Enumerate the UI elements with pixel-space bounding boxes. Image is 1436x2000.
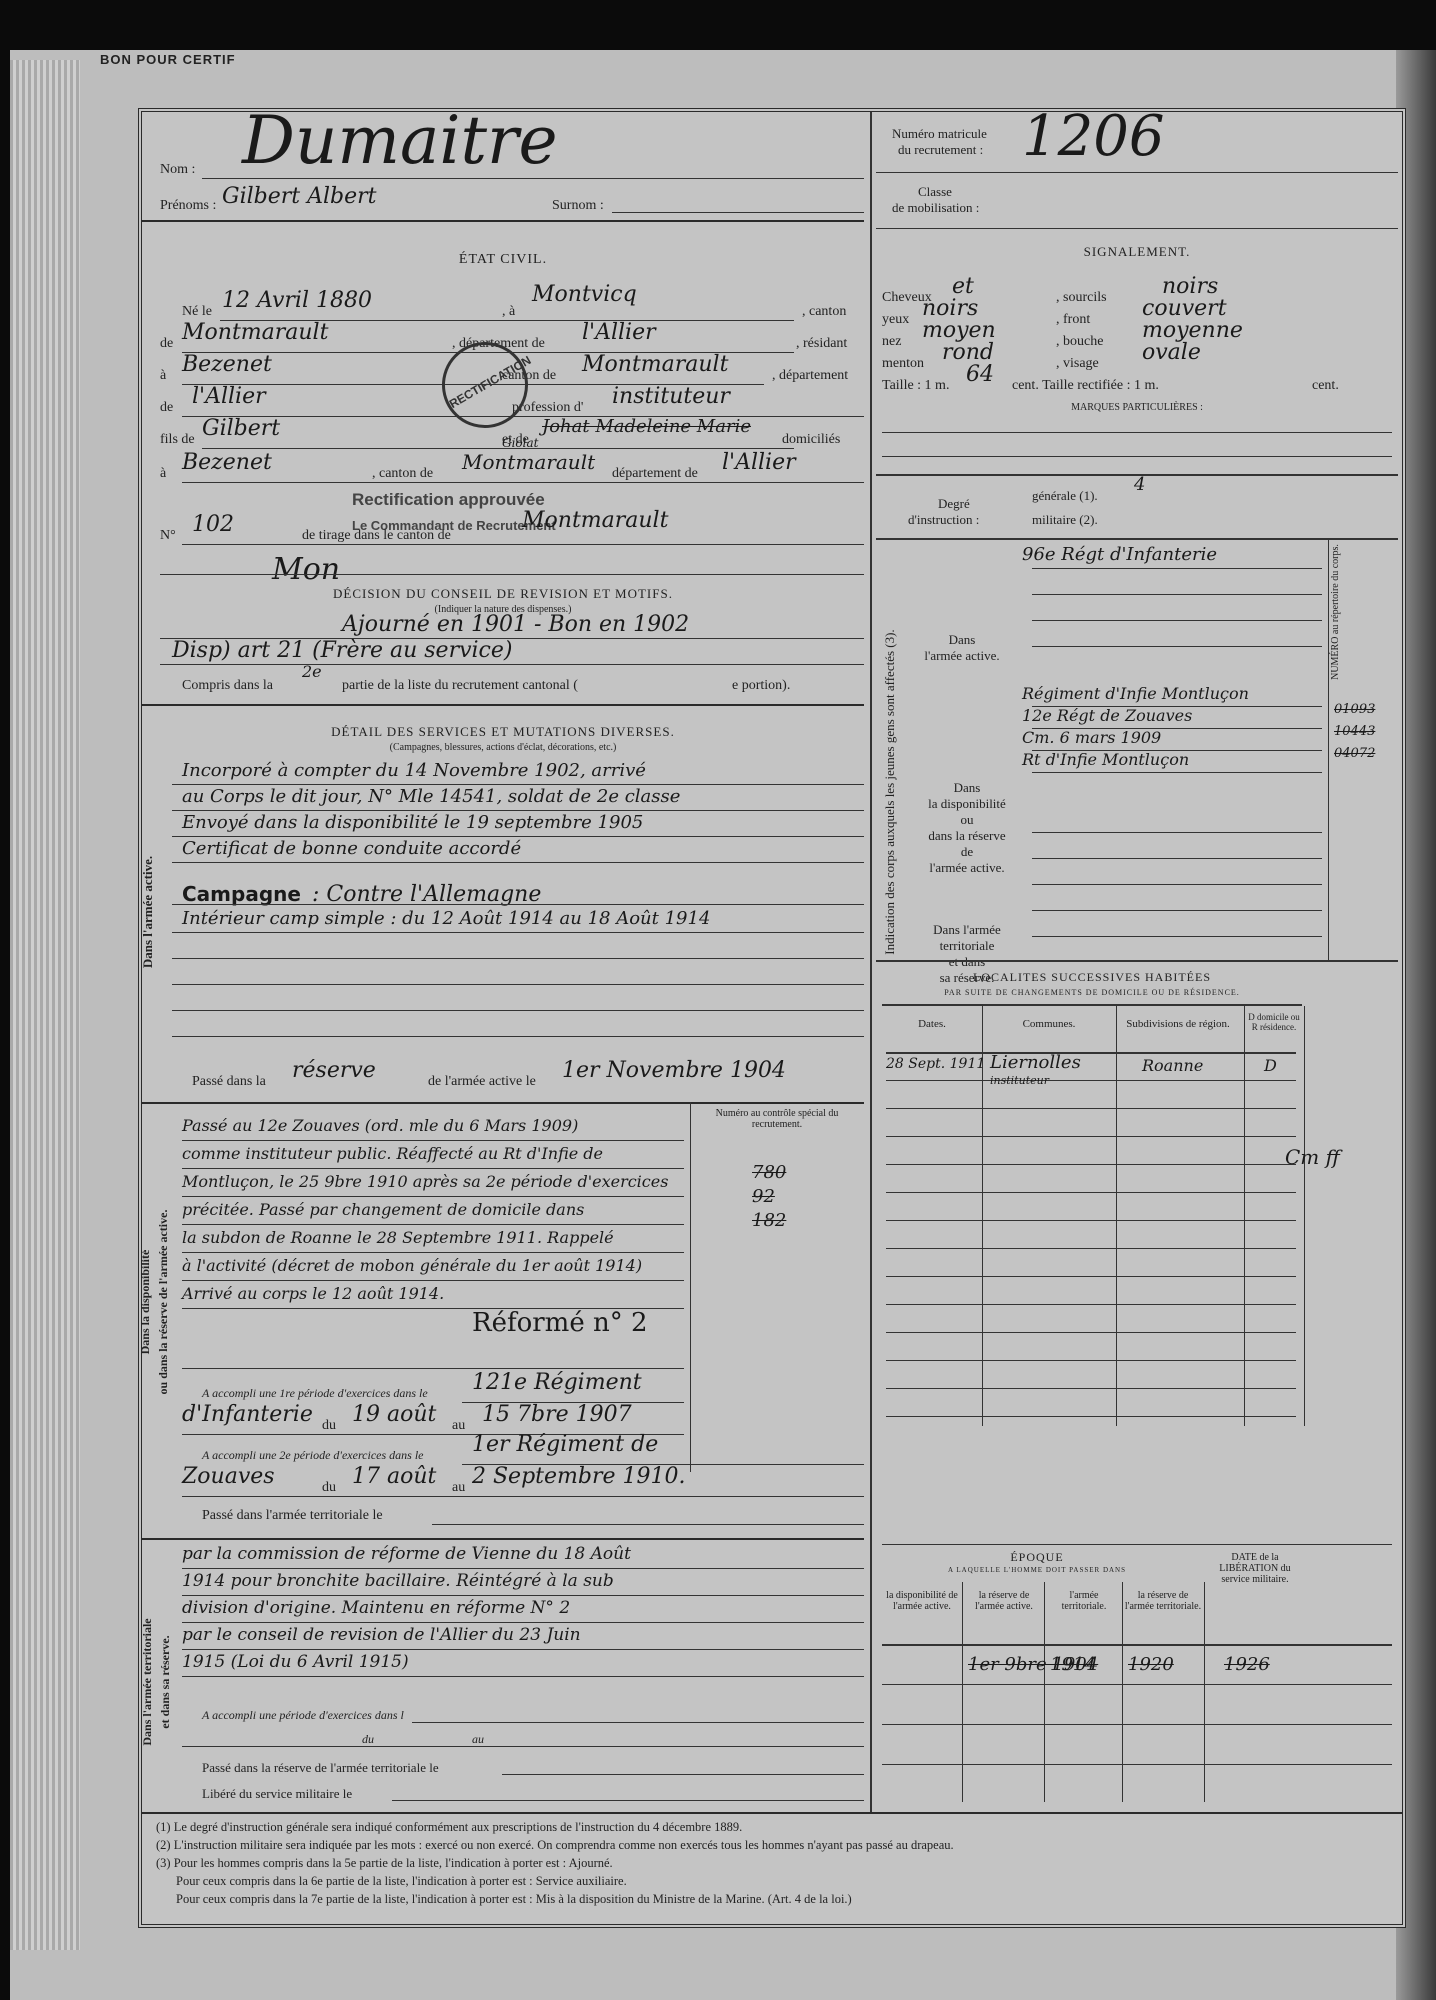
rectification-stamp: Rectification approuvée bbox=[352, 490, 545, 510]
rule bbox=[886, 1192, 1296, 1193]
repertoire-number: 10443 bbox=[1334, 724, 1375, 739]
rule bbox=[182, 1252, 684, 1253]
compris-suffix: partie de la liste du recrutement canton… bbox=[342, 678, 578, 694]
dispo-corps: Cm. 6 mars 1909 bbox=[1022, 728, 1161, 747]
parents-departement: l'Allier bbox=[722, 450, 796, 475]
rule bbox=[886, 1220, 1296, 1221]
officer-signature: Mon bbox=[272, 552, 340, 587]
rule bbox=[182, 1649, 864, 1650]
classe-label-2: de mobilisation : bbox=[892, 200, 979, 216]
rule bbox=[1032, 858, 1322, 859]
rule bbox=[1032, 884, 1322, 885]
column-divider bbox=[1116, 1006, 1117, 1426]
rule bbox=[882, 1644, 1392, 1646]
matricule-label-2: du recrutement : bbox=[898, 142, 983, 158]
conseil-decision-2: Disp) art 21 (Frère au service) bbox=[172, 638, 512, 663]
rule bbox=[1032, 620, 1322, 621]
taille-rect-label: cent. Taille rectifiée : 1 m. bbox=[1012, 378, 1159, 394]
territoriale-side-label-2: et dans sa réserve. bbox=[158, 1552, 173, 1812]
controle-header: Numéro au contrôle spécial du recrutemen… bbox=[692, 1108, 862, 1130]
periode1-corps2: d'Infanterie bbox=[182, 1402, 313, 1427]
rule bbox=[1032, 936, 1322, 937]
rule bbox=[886, 1248, 1296, 1249]
affectation-side-label: Indication des corps auxquels les jeunes… bbox=[882, 542, 898, 1042]
column-divider bbox=[1122, 1582, 1123, 1802]
profession: instituteur bbox=[612, 384, 730, 409]
rule bbox=[172, 810, 864, 811]
dispo-line: la subdon de Roanne le 28 Septembre 1911… bbox=[182, 1228, 614, 1247]
sourcils-label: , sourcils bbox=[1056, 290, 1107, 306]
bouche-label: , bouche bbox=[1056, 334, 1103, 350]
marques-label: MARQUES PARTICULIÈRES : bbox=[872, 402, 1402, 413]
territoriale-line: par la commission de réforme de Vienne d… bbox=[182, 1544, 631, 1564]
passe-reserve-label: Passé dans la bbox=[192, 1074, 266, 1090]
etat-civil-title: ÉTAT CIVIL. bbox=[142, 252, 864, 268]
rule bbox=[886, 1304, 1296, 1305]
localites-column-header: D domicile ou R résidence. bbox=[1246, 1012, 1302, 1032]
dispo-line: comme instituteur public. Réaffecté au R… bbox=[182, 1144, 603, 1163]
repertoire-number: 04072 bbox=[1334, 746, 1375, 761]
periode2-au-label: au bbox=[452, 1480, 465, 1496]
terr-au-label: au bbox=[472, 1732, 484, 1747]
matricule-form: Dumaitre Nom : Prénoms : Gilbert Albert … bbox=[138, 108, 1406, 1928]
rule bbox=[886, 1416, 1296, 1417]
footnote: (3) Pour les hommes compris dans la 5e p… bbox=[156, 1856, 613, 1871]
a3-label: à bbox=[160, 466, 166, 482]
localites-title: LOCALITES SUCCESSIVES HABITÉES bbox=[872, 970, 1312, 985]
epoque-column-header: la réserve de l'armée territoriale. bbox=[1124, 1590, 1202, 1612]
controle-number: 780 bbox=[752, 1162, 786, 1183]
column-divider bbox=[1304, 1006, 1305, 1426]
localite-subdivision: Roanne bbox=[1142, 1056, 1203, 1075]
campagne-label: Campagne bbox=[182, 882, 301, 906]
fils-de-label: fils de bbox=[160, 432, 195, 448]
yeux-label: yeux bbox=[882, 312, 909, 328]
terr-periode-label: A accompli une période d'exercices dans … bbox=[202, 1708, 404, 1723]
cent-label: cent. bbox=[1312, 378, 1339, 394]
de-label: de bbox=[160, 336, 173, 352]
footnote: (1) Le degré d'instruction générale sera… bbox=[156, 1820, 742, 1835]
domicilies-label: domiciliés bbox=[782, 432, 840, 448]
column-divider bbox=[1044, 1582, 1045, 1802]
rule bbox=[172, 836, 864, 837]
dispo-line: Arrivé au corps le 12 août 1914. bbox=[182, 1284, 444, 1303]
localites-column-header: Communes. bbox=[984, 1018, 1114, 1030]
instruction-label-1: Degré bbox=[938, 496, 970, 512]
taille-label: Taille : 1 m. bbox=[882, 378, 949, 394]
periode1-au-label: au bbox=[452, 1418, 465, 1434]
rule bbox=[886, 1332, 1296, 1333]
libere-label: Libéré du service militaire le bbox=[202, 1786, 352, 1802]
terr-reserve-label: Passé dans la réserve de l'armée territo… bbox=[202, 1760, 439, 1776]
a-label: , à bbox=[502, 304, 515, 320]
service-line: Certificat de bonne conduite accordé bbox=[182, 838, 521, 859]
rule bbox=[182, 1676, 864, 1677]
tirage-canton: Montmarault bbox=[522, 508, 668, 533]
header-strip: BON POUR CERTIF bbox=[100, 52, 236, 67]
periode2-corps2: Zouaves bbox=[182, 1464, 275, 1489]
rule bbox=[882, 1764, 1392, 1765]
residence: Bezenet bbox=[182, 352, 272, 377]
instruction-generale-value: 4 bbox=[1134, 474, 1145, 495]
instruction-militaire-label: militaire (2). bbox=[1032, 512, 1098, 528]
mother-name: Johat Madeleine Marie bbox=[542, 416, 751, 437]
front-label: , front bbox=[1056, 312, 1090, 328]
terr-du-label: du bbox=[362, 1732, 374, 1747]
rule bbox=[882, 1724, 1392, 1725]
territoriale-line: division d'origine. Maintenu en réforme … bbox=[182, 1598, 570, 1618]
territoriale-side-label-1: Dans l'armée territoriale bbox=[140, 1552, 155, 1812]
canton3-label: , canton de bbox=[372, 466, 433, 482]
footnote: (2) L'instruction militaire sera indiqué… bbox=[156, 1838, 954, 1853]
page-stack-edge bbox=[10, 60, 80, 1950]
periode1-corps: 121e Régiment bbox=[472, 1370, 642, 1395]
rule bbox=[882, 1684, 1392, 1685]
periode2-au: 2 Septembre 1910. bbox=[472, 1464, 685, 1489]
a2-label: à bbox=[160, 368, 166, 384]
epoque-column-header: l'armée territoriale. bbox=[1046, 1590, 1122, 1612]
dispo-corps: Rt d'Infie Montluçon bbox=[1022, 750, 1189, 769]
dispo-corps: 12e Régt de Zouaves bbox=[1022, 706, 1192, 725]
rule bbox=[182, 1568, 864, 1569]
epoque-subtitle: A LAQUELLE L'HOMME DOIT PASSER DANS bbox=[872, 1566, 1202, 1574]
territoriale-line: par le conseil de revision de l'Allier d… bbox=[182, 1625, 581, 1645]
residence-departement: l'Allier bbox=[192, 384, 266, 409]
margin-note: Cm ff bbox=[1285, 1145, 1340, 1169]
active-corps: 96e Régt d'Infanterie bbox=[1022, 544, 1217, 565]
nom-value: Dumaitre bbox=[242, 102, 558, 179]
rule bbox=[182, 1595, 864, 1596]
matricule-label-1: Numéro matricule bbox=[892, 126, 987, 142]
periode2-du: 17 août bbox=[352, 1464, 436, 1489]
visage-value: ovale bbox=[1142, 340, 1201, 365]
liberation-date: 1926 bbox=[1224, 1654, 1270, 1675]
instruction-generale-label: générale (1). bbox=[1032, 488, 1098, 504]
disponibilite-side-label-2: ou dans la réserve de l'armée active. bbox=[156, 1132, 171, 1472]
de2-label: de bbox=[160, 400, 173, 416]
surnom-label: Surnom : bbox=[552, 198, 604, 214]
periode1-du-label: du bbox=[322, 1418, 336, 1434]
localite-commune-note: instituteur bbox=[990, 1074, 1049, 1087]
periode1-du: 19 août bbox=[352, 1402, 436, 1427]
controle-number: 182 bbox=[752, 1210, 786, 1231]
services-subtitle: (Campagnes, blessures, actions d'éclat, … bbox=[142, 742, 864, 753]
localite-type: D bbox=[1264, 1056, 1277, 1075]
epoque-value: 1920 bbox=[1128, 1654, 1174, 1675]
dispo-corps: Régiment d'Infie Montluçon bbox=[1022, 684, 1249, 703]
rule bbox=[172, 784, 864, 785]
parents-domicile: Bezenet bbox=[182, 450, 272, 475]
portion-suffix: e portion). bbox=[732, 678, 790, 694]
footnote: Pour ceux compris dans la 6e partie de l… bbox=[176, 1874, 627, 1889]
rule bbox=[1032, 568, 1322, 569]
periode1-au: 15 7bre 1907 bbox=[482, 1402, 632, 1427]
birth-date: 12 Avril 1880 bbox=[222, 288, 372, 313]
liberation-header: DATE de la LIBÉRATION du service militai… bbox=[1210, 1552, 1300, 1585]
services-title: DÉTAIL DES SERVICES ET MUTATIONS DIVERSE… bbox=[142, 724, 864, 740]
birth-place: Montvicq bbox=[532, 282, 637, 307]
rule bbox=[886, 1052, 1296, 1054]
service-line: Incorporé à compter du 14 Novembre 1902,… bbox=[182, 760, 646, 781]
instruction-label-2: d'instruction : bbox=[908, 512, 979, 528]
rule bbox=[182, 1280, 684, 1281]
localites-column-header: Dates. bbox=[882, 1018, 982, 1030]
territoriale-line: 1914 pour bronchite bacillaire. Réintégr… bbox=[182, 1571, 614, 1591]
rule bbox=[1032, 594, 1322, 595]
rule bbox=[886, 1276, 1296, 1277]
signalement-title: SIGNALEMENT. bbox=[872, 244, 1402, 260]
service-line: Envoyé dans la disponibilité le 19 septe… bbox=[182, 812, 643, 833]
localites-subtitle: PAR SUITE DE CHANGEMENTS DE DOMICILE OU … bbox=[872, 988, 1312, 997]
passe-reserve-suffix: de l'armée active le bbox=[428, 1074, 536, 1090]
column-divider bbox=[1244, 1006, 1245, 1426]
numero-tirage: 102 bbox=[192, 512, 234, 537]
left-column: Dumaitre Nom : Prénoms : Gilbert Albert … bbox=[142, 112, 864, 1812]
dispo-line: Montluçon, le 25 9bre 1910 après sa 2e p… bbox=[182, 1172, 668, 1191]
periode2-corps: 1er Régiment de bbox=[472, 1432, 658, 1457]
passe-territoriale-label: Passé dans l'armée territoriale le bbox=[202, 1508, 383, 1524]
column-divider bbox=[1204, 1582, 1205, 1802]
passe-reserve-value: réserve bbox=[292, 1058, 376, 1083]
territoriale-line: 1915 (Loi du 6 Avril 1915) bbox=[182, 1652, 409, 1672]
rule bbox=[182, 1622, 864, 1623]
dispo-line: Passé au 12e Zouaves (ord. mle du 6 Mars… bbox=[182, 1116, 578, 1135]
conseil-decision-1: Ajourné en 1901 - Bon en 1902 bbox=[342, 612, 689, 637]
dispo-line: à l'activité (décret de mobon générale d… bbox=[182, 1256, 642, 1275]
active-label: Dansl'armée active. bbox=[912, 632, 1012, 664]
rule bbox=[1032, 646, 1322, 647]
rule bbox=[1032, 910, 1322, 911]
prenoms-value: Gilbert Albert bbox=[222, 184, 376, 209]
passe-reserve-date: 1er Novembre 1904 bbox=[562, 1058, 786, 1083]
rule bbox=[1032, 772, 1322, 773]
nom-label: Nom : bbox=[160, 162, 195, 178]
epoque-column-header: la disponibilité de l'armée active. bbox=[882, 1590, 962, 1612]
periode2-label: A accompli une 2e période d'exercices da… bbox=[202, 1448, 424, 1463]
departement2-label: , département bbox=[772, 368, 848, 384]
service-line: au Corps le dit jour, N° Mle 14541, sold… bbox=[182, 786, 680, 807]
campagne-detail: Intérieur camp simple : du 12 Août 1914 … bbox=[182, 908, 710, 929]
right-column: Numéro matricule du recrutement : 1206 C… bbox=[870, 112, 1402, 1812]
rule bbox=[886, 1388, 1296, 1389]
controle-number: 92 bbox=[752, 1186, 775, 1207]
taille-value: 64 bbox=[966, 362, 994, 387]
rule bbox=[182, 1140, 684, 1141]
rule bbox=[182, 1196, 684, 1197]
numero-repertoire-header: NUMÉRO au répertoire du corps. bbox=[1330, 542, 1341, 682]
ne-le-label: Né le bbox=[182, 304, 212, 320]
visage-label: , visage bbox=[1056, 356, 1099, 372]
rule bbox=[1032, 832, 1322, 833]
rule bbox=[886, 1164, 1296, 1165]
classe-label-1: Classe bbox=[918, 184, 952, 200]
residence-canton: Montmarault bbox=[582, 352, 728, 377]
epoque-column-header: la réserve de l'armée active. bbox=[964, 1590, 1044, 1612]
residant-label: , résidant bbox=[796, 336, 847, 352]
rule bbox=[182, 1168, 684, 1169]
dispo-label: Dansla disponibilitéoudans la réservedel… bbox=[912, 780, 1022, 876]
matricule-number: 1206 bbox=[1022, 104, 1165, 169]
disponibilite-side-label-1: Dans la disponibilité bbox=[138, 1132, 153, 1472]
rule bbox=[172, 862, 864, 863]
mother-correction: Giolat bbox=[502, 436, 538, 450]
rule bbox=[886, 1108, 1296, 1109]
repertoire-number: 01093 bbox=[1334, 702, 1375, 717]
conseil-title: DÉCISION DU CONSEIL DE REVISION ET MOTIF… bbox=[142, 586, 864, 602]
birth-departement: l'Allier bbox=[582, 320, 656, 345]
menton-label: menton bbox=[882, 356, 924, 372]
footnote: Pour ceux compris dans la 7e partie de l… bbox=[176, 1892, 852, 1907]
periode1-label: A accompli une 1re période d'exercices d… bbox=[202, 1386, 428, 1401]
dispo-line: précitée. Passé par changement de domici… bbox=[182, 1200, 584, 1219]
departement3-label: département de bbox=[612, 466, 698, 482]
localite-date: 28 Sept. 1911 bbox=[886, 1056, 985, 1072]
prenoms-label: Prénoms : bbox=[160, 198, 216, 214]
rule bbox=[886, 1136, 1296, 1137]
numero-label: N° bbox=[160, 528, 176, 544]
column-divider bbox=[962, 1582, 963, 1802]
tirage-label: de tirage dans le canton de bbox=[302, 528, 451, 544]
periode2-du-label: du bbox=[322, 1480, 336, 1496]
rule bbox=[886, 1080, 1296, 1081]
services-side-label: Dans l'armée active. bbox=[140, 752, 156, 1072]
localites-column-header: Subdivisions de région. bbox=[1118, 1018, 1238, 1030]
canton-label: , canton bbox=[802, 304, 846, 320]
epoque-value: 1914 bbox=[1050, 1654, 1096, 1675]
parents-canton: Montmarault bbox=[462, 450, 595, 474]
birth-canton: Montmarault bbox=[182, 320, 328, 345]
localite-commune: Liernolles bbox=[990, 1052, 1081, 1073]
partie-value: 2e bbox=[302, 662, 322, 681]
father-name: Gilbert bbox=[202, 416, 280, 441]
rule bbox=[886, 1360, 1296, 1361]
reforme-status: Réformé n° 2 bbox=[472, 1308, 648, 1338]
nez-label: nez bbox=[882, 334, 901, 350]
compris-label: Compris dans la bbox=[182, 678, 273, 694]
rule bbox=[182, 1224, 684, 1225]
epoque-title: ÉPOQUE bbox=[872, 1550, 1202, 1565]
